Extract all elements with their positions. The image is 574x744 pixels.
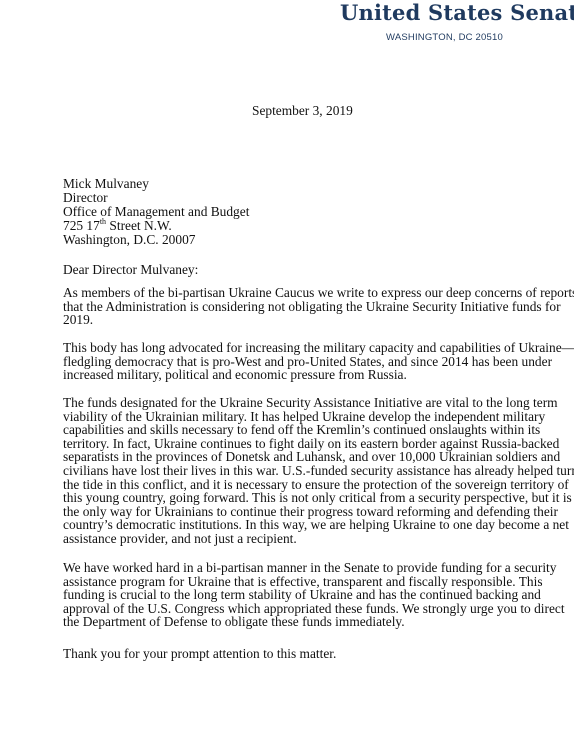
paragraph: The funds designated for the Ukraine Sec… (63, 396, 533, 546)
paragraph-line: The funds designated for the Ukraine Sec… (63, 396, 533, 410)
paragraph-line: Thank you for your prompt attention to t… (63, 647, 533, 661)
recipient-title: Director (63, 191, 249, 205)
paragraph-line: 2019. (63, 313, 533, 327)
letter-page: United States Senate WASHINGTON, DC 2051… (0, 0, 574, 744)
letterhead-title: United States Senate (340, 0, 574, 25)
paragraph-line: increased military, political and econom… (63, 368, 533, 382)
letterhead-address: WASHINGTON, DC 20510 (386, 32, 503, 43)
paragraph-line: the Department of Defense to obligate th… (63, 615, 533, 629)
paragraph-line: assistance program for Ukraine that is e… (63, 575, 533, 589)
paragraph-line: that the Administration is considering n… (63, 300, 533, 314)
paragraph-line: country’s democratic institutions. In th… (63, 518, 533, 532)
street-number: 725 17 (63, 218, 100, 233)
recipient-city: Washington, D.C. 20007 (63, 233, 249, 247)
paragraph-line: the tide in this conflict, and it is nec… (63, 478, 533, 492)
paragraph-line: capabilities and skills necessary to fen… (63, 423, 533, 437)
letter-date: September 3, 2019 (252, 104, 353, 118)
paragraph-line: As members of the bi-partisan Ukraine Ca… (63, 286, 533, 300)
paragraph: Thank you for your prompt attention to t… (63, 647, 533, 661)
street-suffix: th (100, 217, 106, 226)
salutation: Dear Director Mulvaney: (63, 263, 198, 277)
paragraph: This body has long advocated for increas… (63, 341, 533, 382)
paragraph-line: funding is crucial to the long term stab… (63, 588, 533, 602)
paragraph-line: This body has long advocated for increas… (63, 341, 533, 355)
paragraph-line: separatists in the provinces of Donetsk … (63, 450, 533, 464)
paragraph-line: the only way for Ukrainians to continue … (63, 505, 533, 519)
paragraph-line: approval of the U.S. Congress which appr… (63, 602, 533, 616)
paragraph-line: this young country, going forward. This … (63, 491, 533, 505)
paragraph-line: We have worked hard in a bi-partisan man… (63, 561, 533, 575)
recipient-street: 725 17th Street N.W. (63, 219, 249, 233)
recipient-organization: Office of Management and Budget (63, 205, 249, 219)
street-name: Street N.W. (106, 218, 172, 233)
paragraph-line: viability of the Ukrainian military. It … (63, 410, 533, 424)
recipient-name: Mick Mulvaney (63, 177, 249, 191)
paragraph-line: territory. In fact, Ukraine continues to… (63, 437, 533, 451)
paragraph-line: fledgling democracy that is pro-West and… (63, 355, 533, 369)
recipient-address: Mick Mulvaney Director Office of Managem… (63, 177, 249, 247)
paragraph-line: civilians have lost their lives in this … (63, 464, 533, 478)
paragraph: As members of the bi-partisan Ukraine Ca… (63, 286, 533, 327)
paragraph-line: assistance provider, and not just a reci… (63, 532, 533, 546)
paragraph: We have worked hard in a bi-partisan man… (63, 561, 533, 629)
